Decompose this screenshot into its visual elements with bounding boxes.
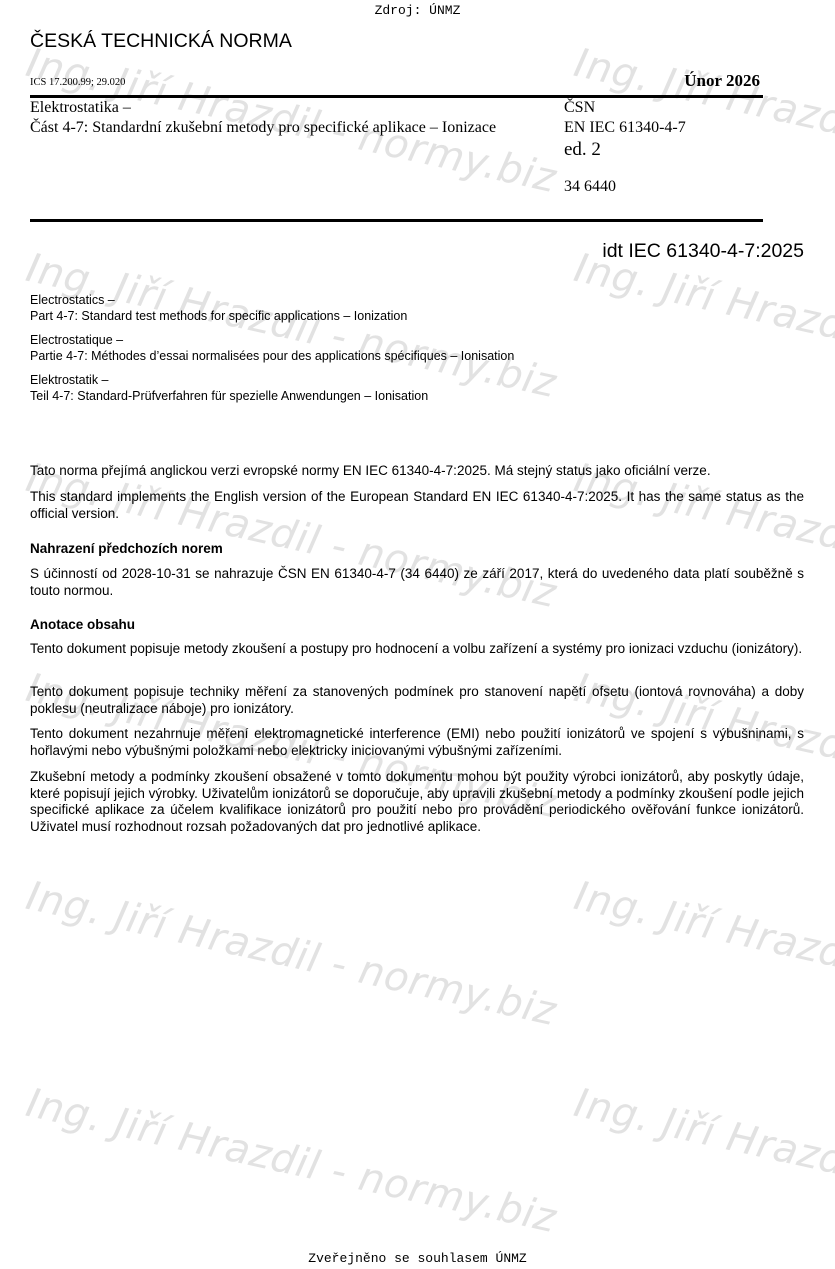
replacement-paragraph: S účinností od 2028-10-31 se nahrazuje Č…	[30, 566, 804, 599]
publication-date: Únor 2026	[600, 71, 760, 91]
watermark: Ing. Jiří Hrazdil - normy.biz	[570, 873, 835, 1035]
adoption-english: This standard implements the English ver…	[30, 489, 804, 522]
watermark: Ing. Jiří Hrazdil - normy.biz	[570, 1080, 835, 1242]
document-type-title: ČESKÁ TECHNICKÁ NORMA	[30, 30, 292, 53]
translation-french: Electrostatique – Partie 4-7: Méthodes d…	[30, 332, 514, 364]
watermark: Ing. Jiří Hrazdil - normy.biz	[22, 873, 560, 1035]
annotation-paragraph: Tento dokument nezahrnuje měření elektro…	[30, 726, 804, 759]
watermark: Ing. Jiří Hrazdil - normy.biz	[570, 245, 835, 407]
header-rule-bottom	[30, 219, 763, 222]
translation-line2: Part 4-7: Standard test methods for spec…	[30, 308, 407, 324]
replacement-heading: Nahrazení předchozích norem	[30, 541, 223, 556]
source-note: Zdroj: ÚNMZ	[0, 3, 835, 18]
classification-number: 34 6440	[564, 177, 686, 197]
translation-line2: Partie 4-7: Méthodes d’essai normalisées…	[30, 348, 514, 364]
standard-number: EN IEC 61340-4-7	[564, 118, 686, 138]
translation-german: Elektrostatik – Teil 4-7: Standard-Prüfv…	[30, 372, 428, 404]
replacement-text: S účinností od 2028-10-31 se nahrazuje Č…	[30, 566, 804, 599]
adoption-czech-text: Tato norma přejímá anglickou verzi evrop…	[30, 463, 804, 480]
annotation-heading: Anotace obsahu	[30, 617, 135, 632]
translation-line1: Electrostatics –	[30, 292, 407, 308]
annotation-text: Tento dokument popisuje metody zkoušení …	[30, 641, 804, 658]
ics-code: ICS 17.200.99; 29.020	[30, 77, 125, 88]
translation-line1: Electrostatique –	[30, 332, 514, 348]
annotation-text: Tento dokument nezahrnuje měření elektro…	[30, 726, 804, 759]
annotation-text: Zkušební metody a podmínky zkoušení obsa…	[30, 769, 804, 835]
adoption-czech: Tato norma přejímá anglickou verzi evrop…	[30, 463, 804, 480]
czech-title-line1: Elektrostatika –	[30, 98, 496, 118]
adoption-english-text: This standard implements the English ver…	[30, 489, 804, 522]
annotation-paragraph: Tento dokument popisuje techniky měření …	[30, 684, 804, 717]
czech-title: Elektrostatika – Část 4-7: Standardní zk…	[30, 98, 496, 138]
czech-title-line2: Část 4-7: Standardní zkušební metody pro…	[30, 118, 496, 138]
watermark: Ing. Jiří Hrazdil - normy.biz	[22, 1080, 560, 1242]
annotation-paragraph: Tento dokument popisuje metody zkoušení …	[30, 641, 804, 658]
annotation-paragraph: Zkušební metody a podmínky zkoušení obsa…	[30, 769, 804, 835]
annotation-text: Tento dokument popisuje techniky měření …	[30, 684, 804, 717]
edition: ed. 2	[564, 138, 686, 162]
translation-line1: Elektrostatik –	[30, 372, 428, 388]
footer-note: Zveřejněno se souhlasem ÚNMZ	[0, 1251, 835, 1266]
csn-designation: ČSN EN IEC 61340-4-7 ed. 2 34 6440	[564, 98, 686, 197]
csn-label: ČSN	[564, 98, 686, 118]
translation-english: Electrostatics – Part 4-7: Standard test…	[30, 292, 407, 324]
translation-line2: Teil 4-7: Standard-Prüfverfahren für spe…	[30, 388, 428, 404]
identity-statement: idt IEC 61340-4-7:2025	[500, 240, 804, 263]
